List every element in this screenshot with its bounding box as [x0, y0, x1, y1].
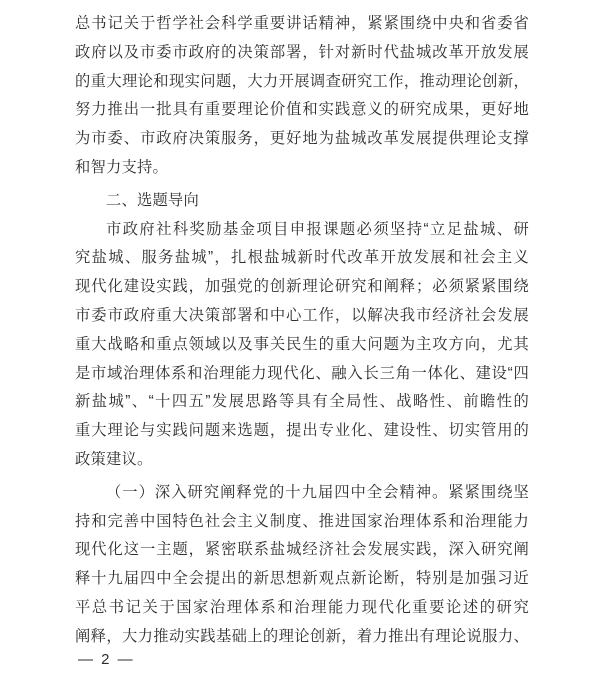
- body-line: 市政府社科奖励基金项目申报课题必须坚持“立足盐城、研: [75, 216, 529, 245]
- body-line: 现代化建设实践，加强党的创新理论研究和阐释；必须紧紧围绕: [75, 273, 529, 302]
- body-line: 和智力支持。: [75, 154, 529, 183]
- page-number: — 2 —: [78, 651, 135, 669]
- body-line: 的重大理论和现实问题，大力开展调查研究工作，推动理论创新，: [75, 68, 529, 97]
- body-line: 阐释，大力推动实践基础上的理论创新，着力推出有理论说服力、: [75, 623, 529, 652]
- body-line: 总书记关于哲学社会科学重要讲话精神，紧紧围绕中央和省委省: [75, 10, 529, 39]
- document-page: 总书记关于哲学社会科学重要讲话精神，紧紧围绕中央和省委省 政府以及市委市政府的决…: [0, 0, 600, 683]
- body-line: 新盐城”、“十四五”发展思路等具有全局性、战略性、前瞻性的: [75, 388, 529, 417]
- body-line: 政策建议。: [75, 446, 529, 475]
- document-body: 总书记关于哲学社会科学重要讲话精神，紧紧围绕中央和省委省 政府以及市委市政府的决…: [75, 10, 529, 652]
- body-line: （一）深入研究阐释党的十九届四中全会精神。紧紧围绕坚: [75, 479, 529, 508]
- body-line: 现代化这一主题，紧密联系盐城经济社会发展实践，深入研究阐: [75, 536, 529, 565]
- body-line: 为市委、市政府决策服务，更好地为盐城改革发展提供理论支撑: [75, 125, 529, 154]
- body-line: 努力推出一批具有重要理论价值和实践意义的研究成果，更好地: [75, 96, 529, 125]
- body-line: 市委市政府重大决策部署和中心工作，以解决我市经济社会发展: [75, 302, 529, 331]
- body-line: 是市域治理体系和治理能力现代化、融入长三角一体化、建设“四: [75, 360, 529, 389]
- body-line: 平总书记关于国家治理体系和治理能力现代化重要论述的研究: [75, 594, 529, 623]
- body-line: 释十九届四中全会提出的新思想新观点新论断，特别是加强习近: [75, 565, 529, 594]
- body-line: 政府以及市委市政府的决策部署，针对新时代盐城改革开放发展: [75, 39, 529, 68]
- body-line: 究盐城、服务盐城”，扎根盐城新时代改革开放发展和社会主义: [75, 244, 529, 273]
- body-line: 重大理论与实践问题来选题，提出专业化、建设性、切实管用的: [75, 417, 529, 446]
- body-line: 持和完善中国特色社会主义制度、推进国家治理体系和治理能力: [75, 508, 529, 537]
- body-line: 重大战略和重点领域以及事关民生的重大问题为主攻方向，尤其: [75, 331, 529, 360]
- section-heading: 二、选题导向: [75, 187, 529, 216]
